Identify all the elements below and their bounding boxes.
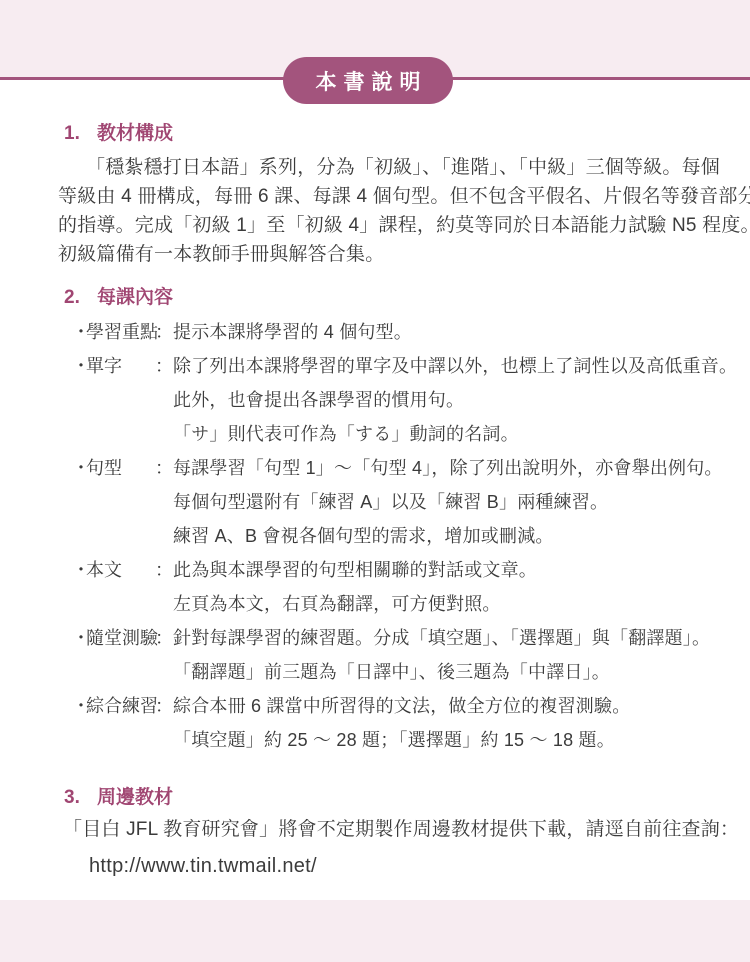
indent-spacer (72, 723, 173, 757)
bottom-band (0, 900, 750, 962)
item-colon: ： (155, 689, 173, 723)
section-3-heading: 3. 周邊教材 (64, 785, 720, 811)
page-title-badge: 本書說明 (283, 57, 453, 104)
item-description: 此為與本課學習的句型相關聯的對話或文章。 (173, 553, 537, 587)
item-term: 單字 (86, 349, 155, 383)
item-term: 學習重點 (86, 315, 155, 349)
bullet-icon: ・ (72, 315, 86, 349)
list-item-quiz: ・ 隨堂測驗 ： 針對每課學習的練習題。分成「填空題」、「選擇題」與「翻譯題」。 (72, 621, 720, 655)
item-description: 提示本課將學習的 4 個句型。 (173, 315, 412, 349)
lesson-content-list: ・ 學習重點 ： 提示本課將學習的 4 個句型。 ・ 單字 ： 除了列出本課將學… (58, 315, 720, 757)
indent-spacer (72, 485, 173, 519)
section-3-body: 「目白 JFL 教育研究會」將會不定期製作周邊教材提供下載，請逕自前往查詢： h… (58, 811, 720, 885)
paragraph-line: 的指導。完成「初級 1」至「初級 4」課程，約莫等同於日本語能力試驗 N5 程度… (58, 211, 720, 240)
indent-spacer (72, 417, 173, 451)
item-description: 「填空題」約 25 〜 28 題；「選擇題」約 15 〜 18 題。 (173, 723, 615, 757)
section-1-title: 教材構成 (97, 121, 173, 147)
bullet-icon: ・ (72, 689, 86, 723)
item-description: 練習 A、B 會視各個句型的需求，增加或刪減。 (173, 519, 554, 553)
item-description: 「翻譯題」前三題為「日譯中」、後三題為「中譯日」。 (173, 655, 610, 689)
section-1-paragraph: 「穩紮穩打日本語」系列，分為「初級」、「進階」、「中級」三個等級。每個 等級由 … (58, 153, 720, 269)
list-item-learning-focus: ・ 學習重點 ： 提示本課將學習的 4 個句型。 (72, 315, 720, 349)
item-description: 左頁為本文，右頁為翻譯，可方便對照。 (173, 587, 501, 621)
indent-spacer (72, 587, 173, 621)
top-band: 本書說明 (0, 0, 750, 80)
item-description: 此外，也會提出各課學習的慣用句。 (173, 383, 464, 417)
list-item-continuation: 每個句型還附有「練習 A」以及「練習 B」兩種練習。 (72, 485, 720, 519)
item-colon: ： (155, 621, 173, 655)
section-1-heading: 1. 教材構成 (64, 121, 720, 147)
bullet-icon: ・ (72, 553, 86, 587)
page-content: 1. 教材構成 「穩紮穩打日本語」系列，分為「初級」、「進階」、「中級」三個等級… (0, 121, 750, 885)
bullet-icon: ・ (72, 451, 86, 485)
list-item-continuation: 「翻譯題」前三題為「日譯中」、後三題為「中譯日」。 (72, 655, 720, 689)
item-colon: ： (155, 315, 173, 349)
section-3-number: 3. (64, 785, 97, 811)
item-description: 「サ」則代表可作為「する」動詞的名詞。 (173, 417, 519, 451)
section-3-text-line: 「目白 JFL 教育研究會」將會不定期製作周邊教材提供下載，請逕自前往查詢： (63, 811, 720, 848)
paragraph-line: 初級篇備有一本教師手冊與解答合集。 (58, 240, 720, 269)
list-item-sentence-pattern: ・ 句型 ： 每課學習「句型 1」〜「句型 4」，除了列出說明外，亦會舉出例句。 (72, 451, 720, 485)
section-2-number: 2. (64, 285, 97, 311)
indent-spacer (72, 655, 173, 689)
item-colon: ： (155, 451, 173, 485)
item-description: 除了列出本課將學習的單字及中譯以外，也標上了詞性以及高低重音。 (173, 349, 737, 383)
item-description: 針對每課學習的練習題。分成「填空題」、「選擇題」與「翻譯題」。 (173, 621, 710, 655)
item-term: 本文 (86, 553, 155, 587)
item-colon: ： (155, 553, 173, 587)
page-title: 本書說明 (316, 66, 428, 96)
section-1-number: 1. (64, 121, 97, 147)
item-term: 隨堂測驗 (86, 621, 155, 655)
list-item-continuation: 左頁為本文，右頁為翻譯，可方便對照。 (72, 587, 720, 621)
list-item-comprehensive-practice: ・ 綜合練習 ： 綜合本冊 6 課當中所習得的文法，做全方位的複習測驗。 (72, 689, 720, 723)
book-notes-page: 本書說明 1. 教材構成 「穩紮穩打日本語」系列，分為「初級」、「進階」、「中級… (0, 0, 750, 962)
list-item-continuation: 「サ」則代表可作為「する」動詞的名詞。 (72, 417, 720, 451)
section-2-title: 每課內容 (97, 285, 173, 311)
bullet-icon: ・ (72, 621, 86, 655)
item-description: 綜合本冊 6 課當中所習得的文法，做全方位的複習測驗。 (173, 689, 630, 723)
paragraph-line: 等級由 4 冊構成，每冊 6 課、每課 4 個句型。但不包含平假名、片假名等發音… (58, 182, 720, 211)
list-item-vocabulary: ・ 單字 ： 除了列出本課將學習的單字及中譯以外，也標上了詞性以及高低重音。 (72, 349, 720, 383)
item-description: 每個句型還附有「練習 A」以及「練習 B」兩種練習。 (173, 485, 608, 519)
list-item-main-text: ・ 本文 ： 此為與本課學習的句型相關聯的對話或文章。 (72, 553, 720, 587)
indent-spacer (72, 519, 173, 553)
item-term: 句型 (86, 451, 155, 485)
item-description: 每課學習「句型 1」〜「句型 4」，除了列出說明外，亦會舉出例句。 (173, 451, 723, 485)
list-item-continuation: 「填空題」約 25 〜 28 題；「選擇題」約 15 〜 18 題。 (72, 723, 720, 757)
download-site-url: http://www.tin.twmail.net/ (89, 848, 720, 885)
list-item-continuation: 練習 A、B 會視各個句型的需求，增加或刪減。 (72, 519, 720, 553)
list-item-continuation: 此外，也會提出各課學習的慣用句。 (72, 383, 720, 417)
bullet-icon: ・ (72, 349, 86, 383)
item-colon: ： (155, 349, 173, 383)
section-2-heading: 2. 每課內容 (64, 285, 720, 311)
paragraph-line: 「穩紮穩打日本語」系列，分為「初級」、「進階」、「中級」三個等級。每個 (58, 153, 720, 182)
indent-spacer (72, 383, 173, 417)
item-term: 綜合練習 (86, 689, 155, 723)
section-3-title: 周邊教材 (97, 785, 173, 811)
